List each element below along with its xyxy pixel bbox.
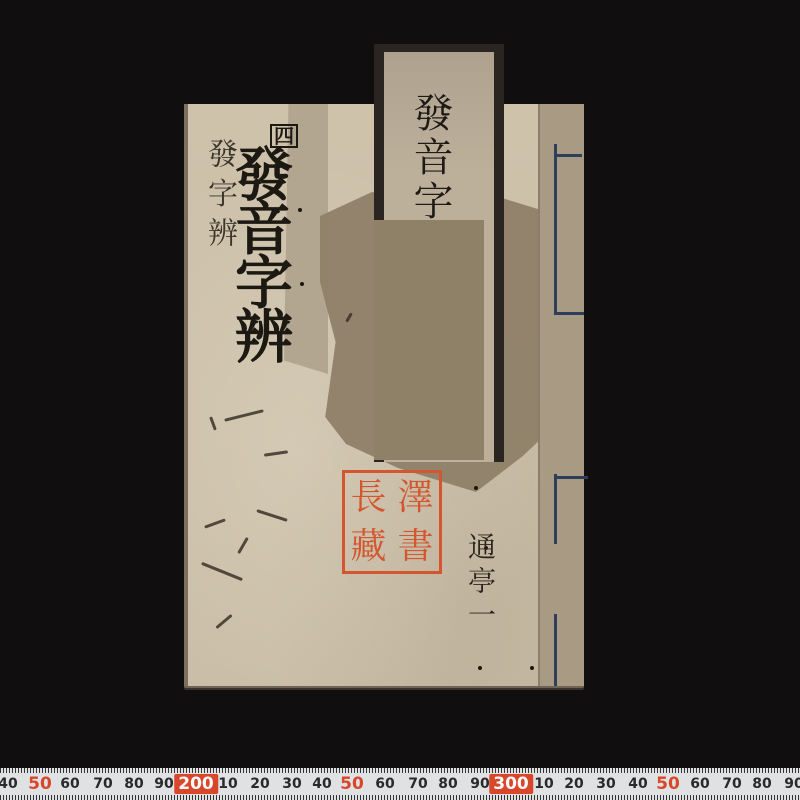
ruler-label: 60 — [60, 776, 79, 792]
ruler-label: 50 — [340, 774, 364, 794]
ruler-label: 50 — [28, 774, 52, 794]
wormhole-trail — [256, 509, 287, 522]
title-slip-text: 發音字 — [410, 92, 450, 224]
ruler-label: 70 — [408, 776, 427, 792]
wormhole — [300, 282, 304, 286]
ruler-label: 10 — [218, 776, 237, 792]
book-left-edge — [184, 104, 188, 686]
wormhole-trail — [201, 562, 243, 581]
ruler-label: 90 — [470, 776, 489, 792]
ruler-label: 50 — [656, 774, 680, 794]
ruler-label: 80 — [124, 776, 143, 792]
ruler-label: 40 — [312, 776, 331, 792]
measuring-ruler: 4050607080902001020304050607080903001020… — [0, 768, 800, 800]
book-spine — [538, 104, 584, 686]
wormhole-trail — [224, 409, 264, 422]
wormhole-trail — [237, 537, 249, 554]
wormhole-trail — [264, 450, 288, 456]
ruler-label: 90 — [784, 776, 800, 792]
ruler-label: 300 — [489, 774, 533, 794]
ruler-label: 70 — [93, 776, 112, 792]
binding-thread — [554, 154, 582, 157]
ruler-label: 40 — [628, 776, 647, 792]
binding-thread — [554, 614, 557, 686]
wormhole — [530, 666, 534, 670]
ruler-label: 30 — [596, 776, 615, 792]
red-ownership-seal: 長 澤 藏 書 — [342, 470, 442, 574]
ruler-label: 40 — [0, 776, 18, 792]
ruler-label: 70 — [722, 776, 741, 792]
ruler-label: 80 — [752, 776, 771, 792]
wormhole — [478, 666, 482, 670]
stain-over-title-slip — [374, 220, 484, 460]
binding-thread — [554, 476, 588, 479]
ruler-label: 60 — [375, 776, 394, 792]
wormhole — [298, 208, 302, 212]
seal-character: 藏 — [345, 529, 392, 565]
ruler-label: 20 — [564, 776, 583, 792]
wormhole — [474, 486, 478, 490]
handwritten-title: 發音字辨 — [230, 144, 288, 360]
seal-character: 長 — [345, 480, 392, 516]
binding-thread — [554, 474, 557, 544]
ruler-label: 60 — [690, 776, 709, 792]
seal-character: 澤 — [392, 480, 439, 516]
ruler-label: 80 — [438, 776, 457, 792]
handwritten-title-area: 四 發 字 辨 發音字辨 — [200, 118, 320, 388]
binding-thread — [554, 312, 584, 315]
wormhole-trail — [204, 518, 226, 528]
black-background: 四 發 字 辨 發音字辨 發音字 — [0, 0, 800, 768]
ruler-label: 90 — [154, 776, 173, 792]
seal-character: 書 — [392, 529, 439, 565]
wormhole-trail — [215, 614, 232, 629]
ruler-label: 20 — [250, 776, 269, 792]
ruler-label: 10 — [534, 776, 553, 792]
handwritten-signature: 通亭一 — [466, 532, 494, 634]
wormhole-trail — [209, 416, 217, 430]
ruler-label: 200 — [174, 774, 218, 794]
ruler-label: 30 — [282, 776, 301, 792]
binding-thread — [554, 144, 557, 314]
